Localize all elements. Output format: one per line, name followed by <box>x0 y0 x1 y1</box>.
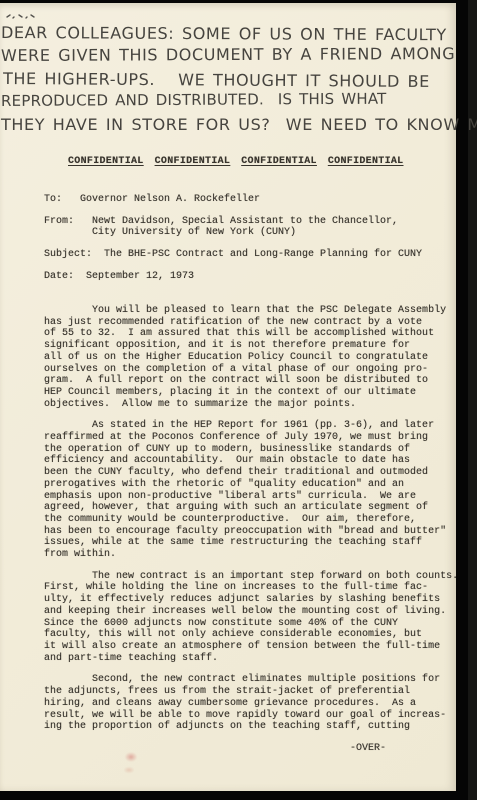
confidential-banner: CONFIDENTIAL CONFIDENTIAL CONFIDENTIAL C… <box>68 156 404 168</box>
handwritten-line: THEY HAVE IN STORE FOR US? WE NEED TO KN… <box>1 113 461 136</box>
body-paragraph: As stated in the HEP Report for 1961 (pp… <box>44 420 456 560</box>
body-paragraph: You will be pleased to learn that the PS… <box>44 305 456 410</box>
body-text-line: The new contract is an important step fo… <box>44 571 456 583</box>
body-text-line: issues, while at the same time restructu… <box>44 537 456 549</box>
body-text-line: As stated in the HEP Report for 1961 (pp… <box>44 420 456 432</box>
confidential-label: CONFIDENTIAL <box>68 156 144 168</box>
memo-date-line: Date: September 12, 1973 <box>44 271 422 283</box>
body-text-line: all of us on the Higher Education Policy… <box>44 352 456 364</box>
body-text-line: ing the proportion of adjuncts on the te… <box>44 721 456 733</box>
body-text-line: objectives. Allow me to summarize the ma… <box>44 399 456 411</box>
body-text-line: reaffirmed at the Poconos Conference of … <box>44 432 456 444</box>
body-text-line: and keeping their increases well below t… <box>44 606 456 618</box>
body-text-line: prerogatives with the rhetoric of "quali… <box>44 479 456 491</box>
memo-page: DEAR COLLEAGUES: SOME OF US ON THE FACUL… <box>0 3 456 791</box>
body-text-line: has been to encourage faculty preoccupat… <box>44 526 456 538</box>
body-text-line: of 55 to 32. I am assured that this will… <box>44 328 456 340</box>
confidential-label: CONFIDENTIAL <box>328 156 404 168</box>
handwritten-line: WERE GIVEN THIS DOCUMENT BY A FRIEND AMO… <box>1 42 461 67</box>
body-text-line: emphasis upon non-productive "liberal ar… <box>44 491 456 503</box>
body-text-line: Second, the new contract eliminates mult… <box>44 674 456 686</box>
memo-from-line-continued: City University of New York (CUNY) <box>44 227 422 239</box>
body-text-line: the operation of CUNY up to modern, busi… <box>44 444 456 456</box>
body-text-line: been the CUNY faculty, who defend their … <box>44 467 456 479</box>
memo-from-line: From: Newt Davidson, Special Assistant t… <box>44 216 422 228</box>
body-text-line: You will be pleased to learn that the PS… <box>44 305 456 317</box>
confidential-label: CONFIDENTIAL <box>155 156 231 168</box>
body-text-line: result, we will be able to move rapidly … <box>44 710 456 722</box>
body-text-line: First, while holding the line on increas… <box>44 582 456 594</box>
body-text-line: gram. A full report on the contract will… <box>44 375 456 387</box>
body-text-line: agreed, however, that arguing with such … <box>44 502 456 514</box>
body-paragraph: Second, the new contract eliminates mult… <box>44 674 456 733</box>
body-text-line: faculty, this will not only achieve cons… <box>44 629 456 641</box>
body-text-line: efficiency and accountability. Our main … <box>44 455 456 467</box>
handwritten-line: REPRODUCED AND DISTRIBUTED. IS THIS WHAT <box>1 87 461 113</box>
body-text-line: HEP Council members, placing it in the c… <box>44 387 456 399</box>
body-text-line: hiring, and cleans away cumbersome griev… <box>44 698 456 710</box>
body-text-line: has just recommended ratification of the… <box>44 317 456 329</box>
body-text-line: Since the 6000 adjuncts now constitute s… <box>44 618 456 630</box>
memo-subject-line: Subject: The BHE-PSC Contract and Long-R… <box>44 249 422 261</box>
body-text-line: from within. <box>44 549 456 561</box>
over-marker: -OVER- <box>350 743 456 755</box>
memo-header: To: Governor Nelson A. Rockefeller From:… <box>44 194 422 283</box>
body-text-line: the community would be counterproductive… <box>44 514 456 526</box>
memo-to-line: To: Governor Nelson A. Rockefeller <box>44 194 422 206</box>
handwritten-note: DEAR COLLEAGUES: SOME OF US ON THE FACUL… <box>1 21 461 136</box>
body-text-line: ulty, it effectively reduces adjunct sal… <box>44 594 456 606</box>
body-text-line: ourselves on the completion of a vital p… <box>44 364 456 376</box>
body-text-line: it will also create an atmosphere of ten… <box>44 641 456 653</box>
confidential-label: CONFIDENTIAL <box>241 156 317 168</box>
body-text-line: significant opposition, and it is not th… <box>44 340 456 352</box>
body-paragraph: The new contract is an important step fo… <box>44 571 456 665</box>
ink-scribble-mark <box>5 9 39 21</box>
memo-body: You will be pleased to learn that the PS… <box>44 305 456 755</box>
red-stamp-smudge <box>120 750 142 776</box>
body-text-line: the adjuncts, frees us from the strait-j… <box>44 686 456 698</box>
body-text-line: and part-time teaching staff. <box>44 653 456 665</box>
